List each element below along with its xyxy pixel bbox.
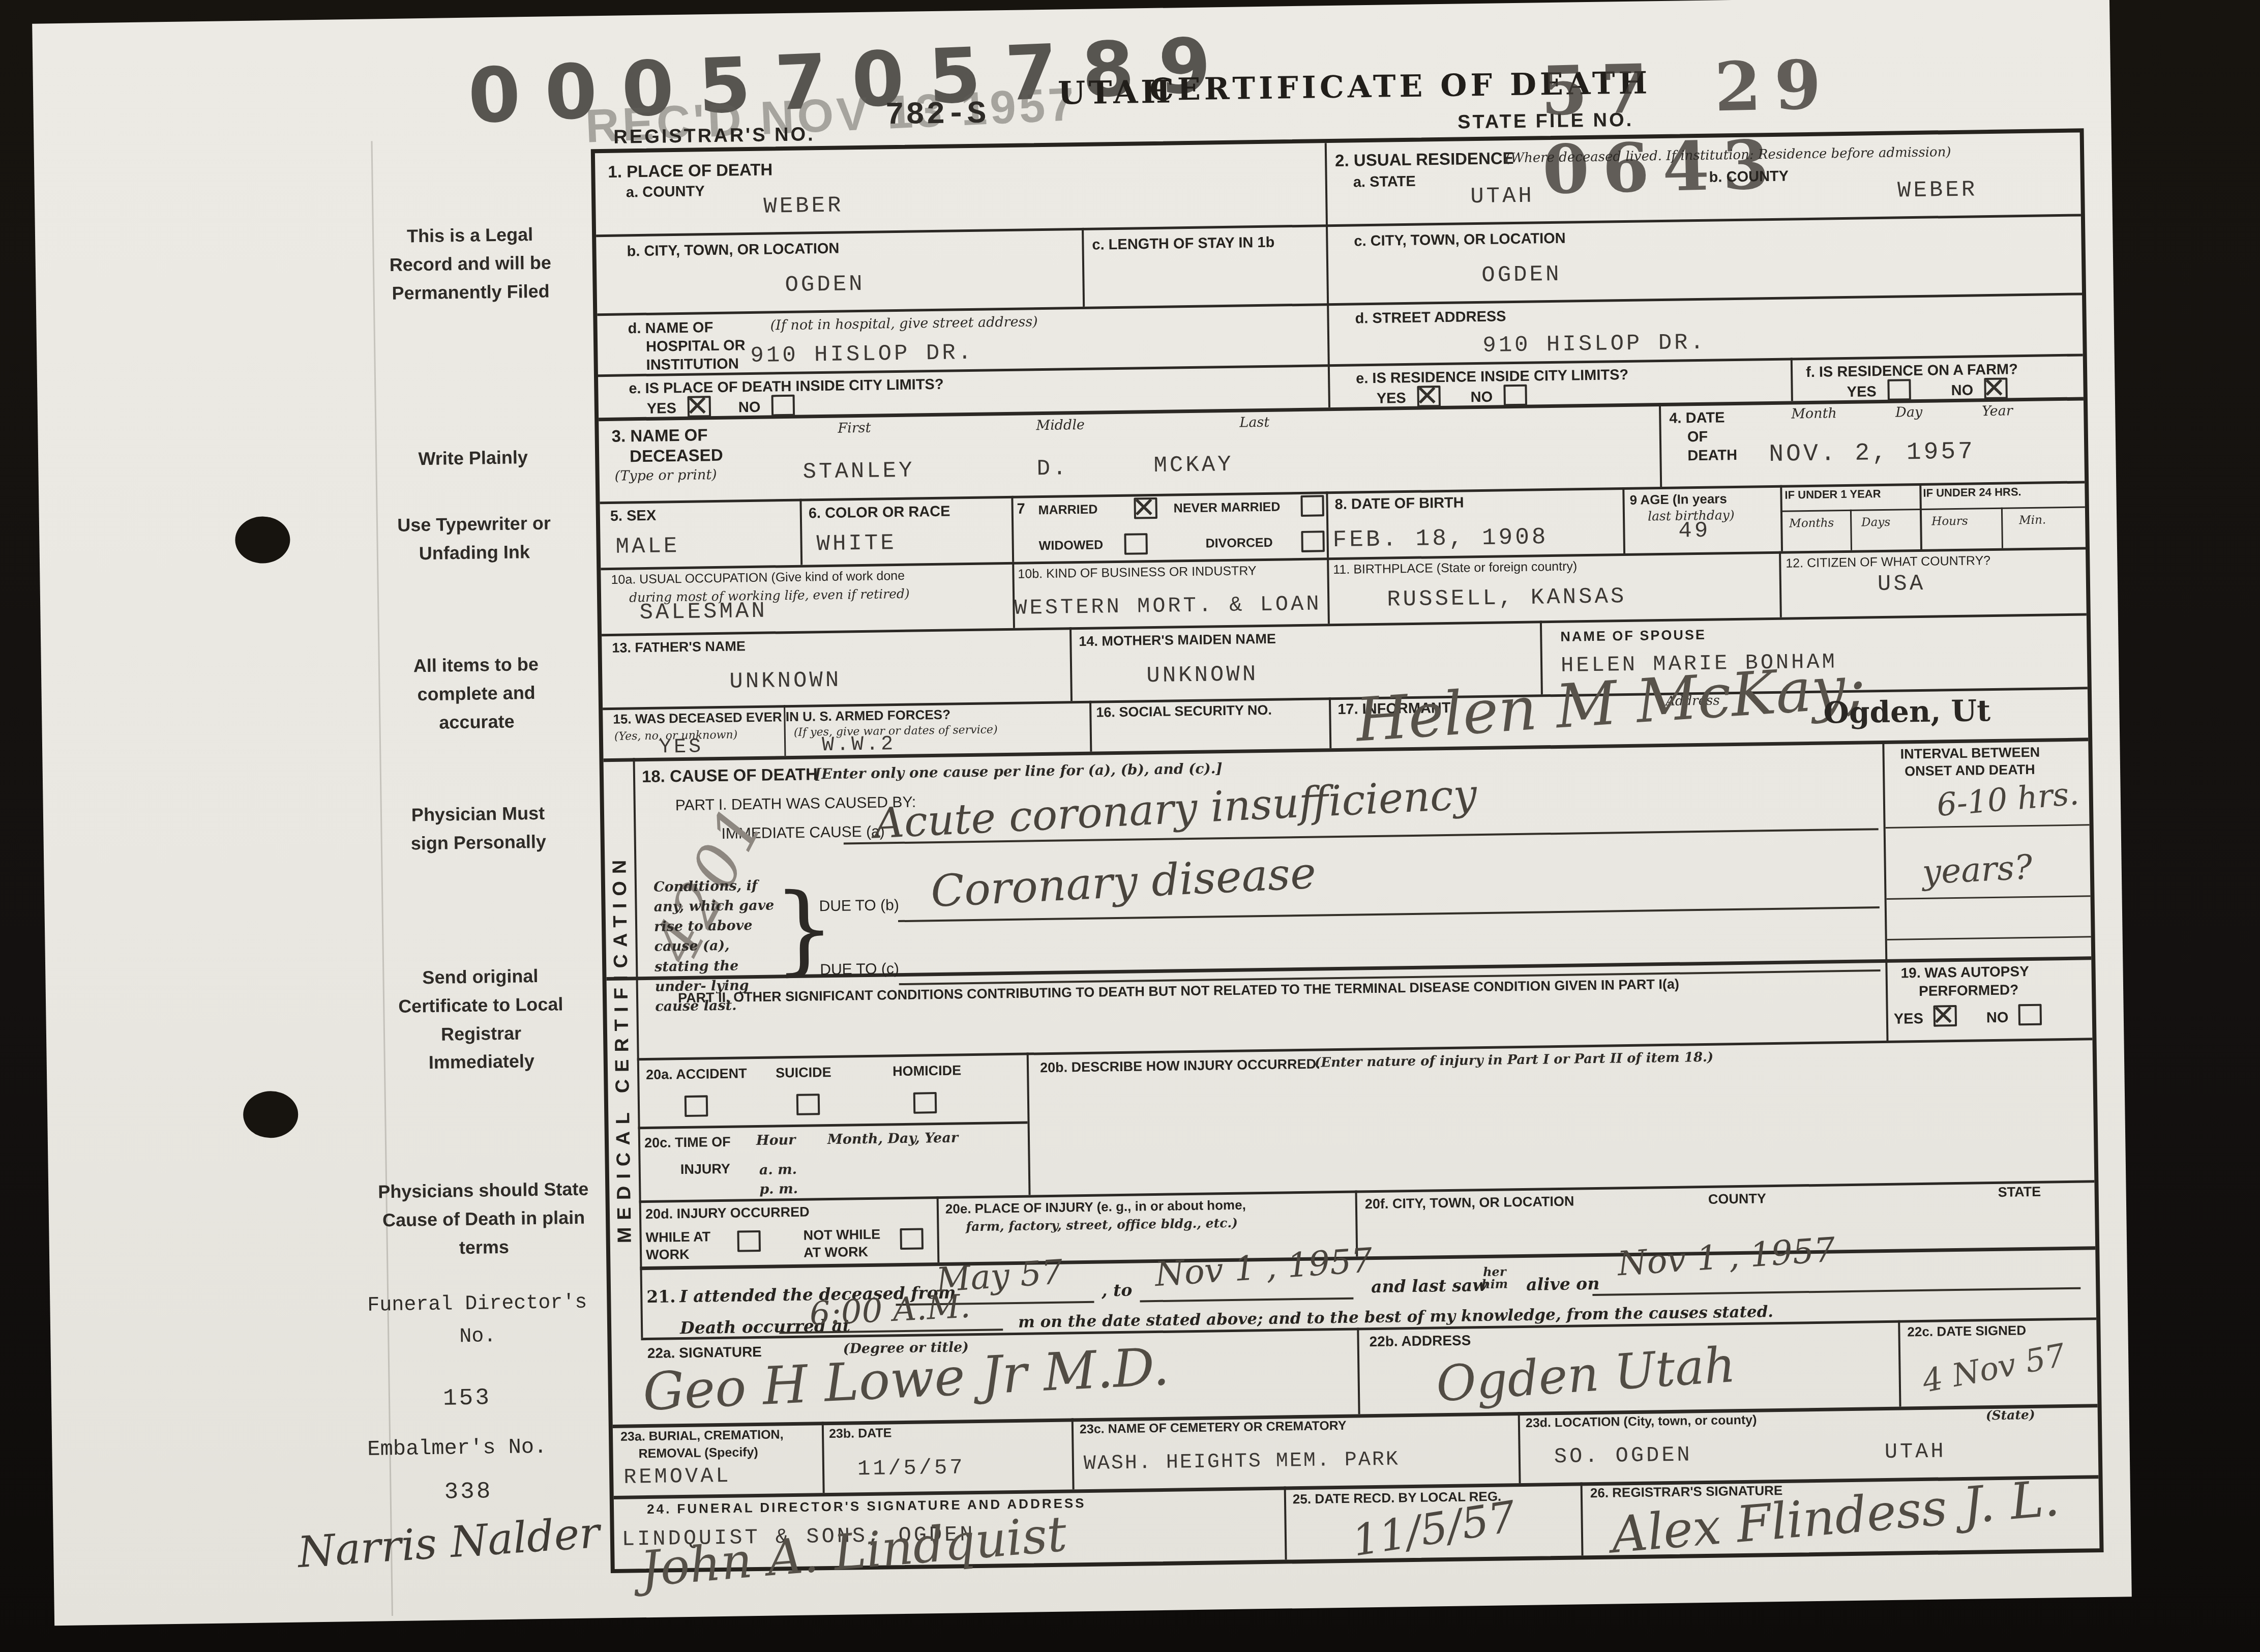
race-label: 6. COLOR OR RACE xyxy=(809,504,950,522)
marital-divorced-checkbox xyxy=(1301,530,1325,552)
birthplace-label: 11. BIRTHPLACE (State or foreign country… xyxy=(1333,559,1577,577)
death-date-label-2: OF xyxy=(1687,429,1708,446)
place-of-injury-label-2: farm, factory, street, office bldg., etc… xyxy=(966,1216,1238,1234)
hospital-value: 910 HISLOP DR. xyxy=(750,340,974,369)
hour-label: Hour xyxy=(756,1132,796,1148)
sex-label: 5. SEX xyxy=(610,508,657,525)
injury-county-label: COUNTY xyxy=(1708,1191,1766,1207)
accident-label: 20a. ACCIDENT xyxy=(646,1066,747,1083)
injury-occurred-label: 20d. INJURY OCCURRED xyxy=(645,1204,810,1223)
residence-street-label: d. STREET ADDRESS xyxy=(1355,308,1506,327)
mother-value: UNKNOWN xyxy=(1146,662,1259,689)
sex-value: MALE xyxy=(615,534,679,560)
industry-value: WESTERN MORT. & LOAN xyxy=(1014,592,1322,620)
res-no-label: NO xyxy=(1471,389,1493,406)
burial-value: REMOVAL xyxy=(623,1464,731,1490)
industry-label: 10b. KIND OF BUSINESS OR INDUSTRY xyxy=(1018,564,1256,582)
address-label: 22b. ADDRESS xyxy=(1369,1332,1471,1350)
name-first-label: First xyxy=(838,420,871,436)
residence-title: 2. USUAL RESIDENCE xyxy=(1335,149,1514,170)
residence-state-value: UTAH xyxy=(1470,183,1534,210)
autopsy-no-label: NO xyxy=(1986,1010,2009,1027)
attended-text-3: and last saw xyxy=(1371,1275,1487,1296)
describe-injury-label: 20b. DESCRIBE HOW INJURY OCCURRED. xyxy=(1040,1056,1320,1076)
cause-title: 18. CAUSE OF DEATH xyxy=(642,764,818,786)
residence-county-value: WEBER xyxy=(1897,177,1978,203)
burial-label-2: REMOVAL (Specify) xyxy=(638,1445,758,1461)
marital-never-checkbox xyxy=(1300,495,1324,517)
scanned-death-certificate: 0005705789 REC'D NOV 13 1957 REGISTRAR'S… xyxy=(0,0,2260,1652)
birth-date-label: 8. DATE OF BIRTH xyxy=(1334,494,1464,513)
residence-city-label: c. CITY, TOWN, OR LOCATION xyxy=(1354,230,1566,250)
age-value: 49 xyxy=(1678,518,1711,544)
length-of-stay-label: c. LENGTH OF STAY IN 1b xyxy=(1092,234,1274,254)
certificate-paper: 0005705789 REC'D NOV 13 1957 REGISTRAR'S… xyxy=(32,0,2132,1626)
occupation-label-1: 10a. USUAL OCCUPATION (Give kind of work… xyxy=(611,569,905,587)
father-value: UNKNOWN xyxy=(729,668,842,695)
name-last-label: Last xyxy=(1239,415,1269,431)
month-day-year-label: Month, Day, Year xyxy=(827,1130,958,1147)
cemetery-value: WASH. HEIGHTS MEM. PARK xyxy=(1084,1448,1400,1476)
burial-label-1: 23a. BURIAL, CREMATION, xyxy=(620,1427,784,1444)
race-value: WHITE xyxy=(816,530,897,557)
due-to-b-label: DUE TO (b) xyxy=(819,897,899,915)
marital-widowed-checkbox xyxy=(1124,533,1148,555)
name-label-2: DECEASED xyxy=(630,446,723,466)
accident-checkbox xyxy=(685,1095,708,1117)
name-middle-value: D. xyxy=(1036,456,1069,482)
describe-injury-note: (Enter nature of injury in Part I or Par… xyxy=(1315,1050,1714,1071)
hospital-label-2: HOSPITAL OR xyxy=(646,337,746,356)
armed-forces-value-2: W.W.2 xyxy=(822,733,896,757)
pod-yes-label: YES xyxy=(647,400,676,418)
location-value: SO. OGDEN xyxy=(1554,1442,1692,1469)
margin-note-all-items: All items to be complete and accurate xyxy=(392,650,561,737)
location-state-value: UTAH xyxy=(1884,1439,1946,1464)
place-of-death-title: 1. PLACE OF DEATH xyxy=(608,160,772,182)
citizen-value: USA xyxy=(1878,571,1926,597)
attended-to-value: Nov 1 , 1957 xyxy=(1154,1241,1374,1294)
while-at-work-label-2: WORK xyxy=(646,1247,690,1263)
not-while-checkbox xyxy=(900,1228,924,1250)
armed-forces-value-1: YES xyxy=(659,735,704,759)
margin-note-legal-record: This is a Legal Record and will be Perma… xyxy=(386,220,555,307)
margin-signature: Narris Nalder xyxy=(296,1508,601,1577)
location-state-label: (State) xyxy=(1986,1407,2035,1423)
pm-label: p. m. xyxy=(759,1181,798,1197)
attended-text-2: , to xyxy=(1102,1280,1133,1301)
hole-punch-bottom xyxy=(243,1091,299,1138)
marital-never-label: NEVER MARRIED xyxy=(1174,499,1281,516)
place-of-death-county-value: WEBER xyxy=(763,193,844,219)
death-date-label-3: DEATH xyxy=(1687,447,1737,464)
place-of-death-county-label: a. COUNTY xyxy=(626,183,705,201)
age-hours-label: Hours xyxy=(1931,515,1968,528)
death-date-label-1: 4. DATE xyxy=(1669,409,1724,427)
medical-certification-text: MEDICAL CERTIFICATION xyxy=(609,853,636,1244)
place-of-death-city-value: OGDEN xyxy=(785,272,865,298)
margin-note-plain-terms: Physicians should State Cause of Death i… xyxy=(374,1175,593,1263)
res-yes-label: YES xyxy=(1377,390,1406,407)
death-day-label: Day xyxy=(1895,404,1922,421)
paper-crease xyxy=(371,141,393,1616)
res-yes-checkbox xyxy=(1417,386,1441,407)
ssn-label: 16. SOCIAL SECURITY NO. xyxy=(1096,702,1272,721)
farm-no-checkbox xyxy=(1984,378,2008,400)
time-of-injury-label-2: INJURY xyxy=(680,1161,730,1177)
residence-title-note: (Where deceased lived. If institution: R… xyxy=(1505,144,1951,166)
name-label-3: (Type or print) xyxy=(615,467,717,484)
date-signed-value: 4 Nov 57 xyxy=(1919,1336,2068,1400)
mother-label: 14. MOTHER'S MAIDEN NAME xyxy=(1079,631,1276,650)
age-days-label: Days xyxy=(1861,516,1890,529)
informant-address-value: Ogden, Ut xyxy=(1823,693,1990,730)
autopsy-yes-checkbox xyxy=(1934,1005,1957,1027)
margin-note-typewriter: Use Typewriter or Unfading Ink xyxy=(377,509,572,568)
name-first-value: STANLEY xyxy=(802,458,915,485)
res-limits-label: e. IS RESIDENCE INSIDE CITY LIMITS? xyxy=(1356,367,1628,387)
age-months-label: Months xyxy=(1789,516,1834,530)
name-last-value: MCKAY xyxy=(1153,452,1234,479)
pod-no-label: NO xyxy=(738,399,761,417)
while-at-work-checkbox xyxy=(737,1230,761,1252)
age-min-label: Min. xyxy=(2019,513,2046,527)
physician-address: Ogden Utah xyxy=(1435,1336,1737,1413)
hole-punch-top xyxy=(235,516,290,564)
autopsy-no-checkbox xyxy=(2018,1004,2042,1026)
attended-text-4: alive on xyxy=(1526,1274,1600,1294)
pod-no-checkbox xyxy=(771,395,795,417)
registrar-no-value: 782-S xyxy=(885,96,988,133)
citizen-label: 12. CITIZEN OF WHAT COUNTRY? xyxy=(1786,553,1990,571)
burial-date-value: 11/5/57 xyxy=(857,1455,965,1481)
marital-married-checkbox xyxy=(1134,497,1157,519)
father-label: 13. FATHER'S NAME xyxy=(612,638,746,656)
funeral-director-no-label: Funeral Director's No. xyxy=(360,1286,595,1354)
age-under24-label: IF UNDER 24 HRS. xyxy=(1923,485,2021,500)
residence-city-value: OGDEN xyxy=(1481,262,1562,288)
age-label-1: 9 AGE (In years xyxy=(1629,491,1727,508)
hospital-label-1: d. NAME OF xyxy=(628,319,713,337)
injury-state-label: STATE xyxy=(1998,1184,2041,1200)
her-him-stack: herhim xyxy=(1481,1265,1508,1290)
autopsy-label-2: PERFORMED? xyxy=(1919,982,2018,999)
death-date-value: NOV. 2, 1957 xyxy=(1769,438,1975,468)
cemetery-label: 23c. NAME OF CEMETERY OR CREMATORY xyxy=(1080,1419,1347,1437)
am-label: a. m. xyxy=(759,1162,797,1178)
name-label-1: 3. NAME OF xyxy=(611,425,707,446)
age-under1-label: IF UNDER 1 YEAR xyxy=(1785,487,1881,502)
birth-date-value: FEB. 18, 1908 xyxy=(1332,524,1549,553)
margin-note-physician-sign: Physician Must sign Personally xyxy=(394,799,563,858)
farm-yes-label: YES xyxy=(1847,383,1876,401)
margin-note-send-original: Send original Certificate to Local Regis… xyxy=(396,961,566,1077)
occupation-value: SALESMAN xyxy=(639,599,767,626)
time-of-injury-label-1: 20c. TIME OF xyxy=(644,1134,731,1151)
residence-state-label: a. STATE xyxy=(1353,173,1416,191)
marital-divorced-label: DIVORCED xyxy=(1206,536,1273,551)
place-of-death-city-label: b. CITY, TOWN, OR LOCATION xyxy=(627,241,839,260)
marital-widowed-label: WIDOWED xyxy=(1039,538,1104,553)
death-year-label: Year xyxy=(1982,403,2013,419)
registrar-no-label: REGISTRAR'S NO. xyxy=(613,124,815,149)
residence-street-value: 910 HISLOP DR. xyxy=(1482,330,1706,359)
homicide-label: HOMICIDE xyxy=(893,1063,961,1079)
embalmer-no-label: Embalmer's No. xyxy=(367,1435,547,1462)
cause-title-note: [Enter only one cause per line for (a), … xyxy=(815,760,1223,782)
certificate-form: MEDICAL CERTIFICATION xyxy=(591,128,2104,1573)
funeral-director-script: John A. Lindquist xyxy=(638,1505,1069,1598)
last-seen-value: Nov 1 , 1957 xyxy=(1616,1230,1836,1283)
residence-county-label: b. COUNTY xyxy=(1709,168,1789,186)
date-signed-label: 22c. DATE SIGNED xyxy=(1907,1322,2026,1340)
not-while-label-1: NOT WHILE xyxy=(803,1227,880,1244)
farm-no-label: NO xyxy=(1951,382,1973,399)
birthplace-value: RUSSELL, KANSAS xyxy=(1387,584,1627,613)
marital-married-label: MARRIED xyxy=(1038,503,1098,518)
embalmer-no-value: 338 xyxy=(444,1478,493,1505)
injury-city-label: 20f. CITY, TOWN, OR LOCATION xyxy=(1365,1194,1574,1213)
not-while-label-2: AT WORK xyxy=(804,1244,868,1261)
res-no-checkbox xyxy=(1503,385,1527,406)
hospital-label-3: INSTITUTION xyxy=(646,356,738,374)
marital-num: 7 xyxy=(1017,501,1025,518)
name-middle-label: Middle xyxy=(1036,417,1085,433)
while-at-work-label-1: WHILE AT xyxy=(645,1229,710,1246)
suicide-label: SUICIDE xyxy=(776,1065,831,1081)
funeral-director-no-value: 153 xyxy=(443,1384,492,1411)
location-label: 23d. LOCATION (City, town, or county) xyxy=(1526,1413,1757,1431)
death-month-label: Month xyxy=(1791,405,1837,422)
due-to-b-value: Coronary disease xyxy=(930,847,1317,917)
interval-label-2: ONSET AND DEATH xyxy=(1905,762,2035,780)
interval-a-value: 6-10 hrs. xyxy=(1935,775,2080,823)
attended-num: 21. xyxy=(646,1286,676,1307)
interval-b-value: years? xyxy=(1921,847,2033,892)
farm-yes-checkbox xyxy=(1887,379,1911,401)
margin-note-write-plainly: Write Plainly xyxy=(389,442,557,473)
homicide-checkbox xyxy=(913,1092,937,1114)
autopsy-label-1: 19. WAS AUTOPSY xyxy=(1900,963,2029,982)
suicide-checkbox xyxy=(796,1094,820,1115)
death-time-value: 6:00 A.M. xyxy=(809,1288,971,1333)
due-to-c-label: DUE TO (c) xyxy=(820,960,899,979)
interval-label-1: INTERVAL BETWEEN xyxy=(1900,745,2040,762)
hospital-note: (If not in hospital, give street address… xyxy=(770,314,1038,333)
spouse-label: NAME OF SPOUSE xyxy=(1560,627,1706,645)
place-of-injury-label-1: 20e. PLACE OF INJURY (e. g., in or about… xyxy=(945,1197,1246,1217)
pod-yes-checkbox xyxy=(688,396,711,418)
autopsy-yes-label: YES xyxy=(1894,1011,1923,1028)
armed-forces-label: 15. WAS DECEASED EVER IN U. S. ARMED FOR… xyxy=(613,707,950,727)
him-label: him xyxy=(1481,1276,1508,1291)
burial-date-label: 23b. DATE xyxy=(829,1426,892,1441)
